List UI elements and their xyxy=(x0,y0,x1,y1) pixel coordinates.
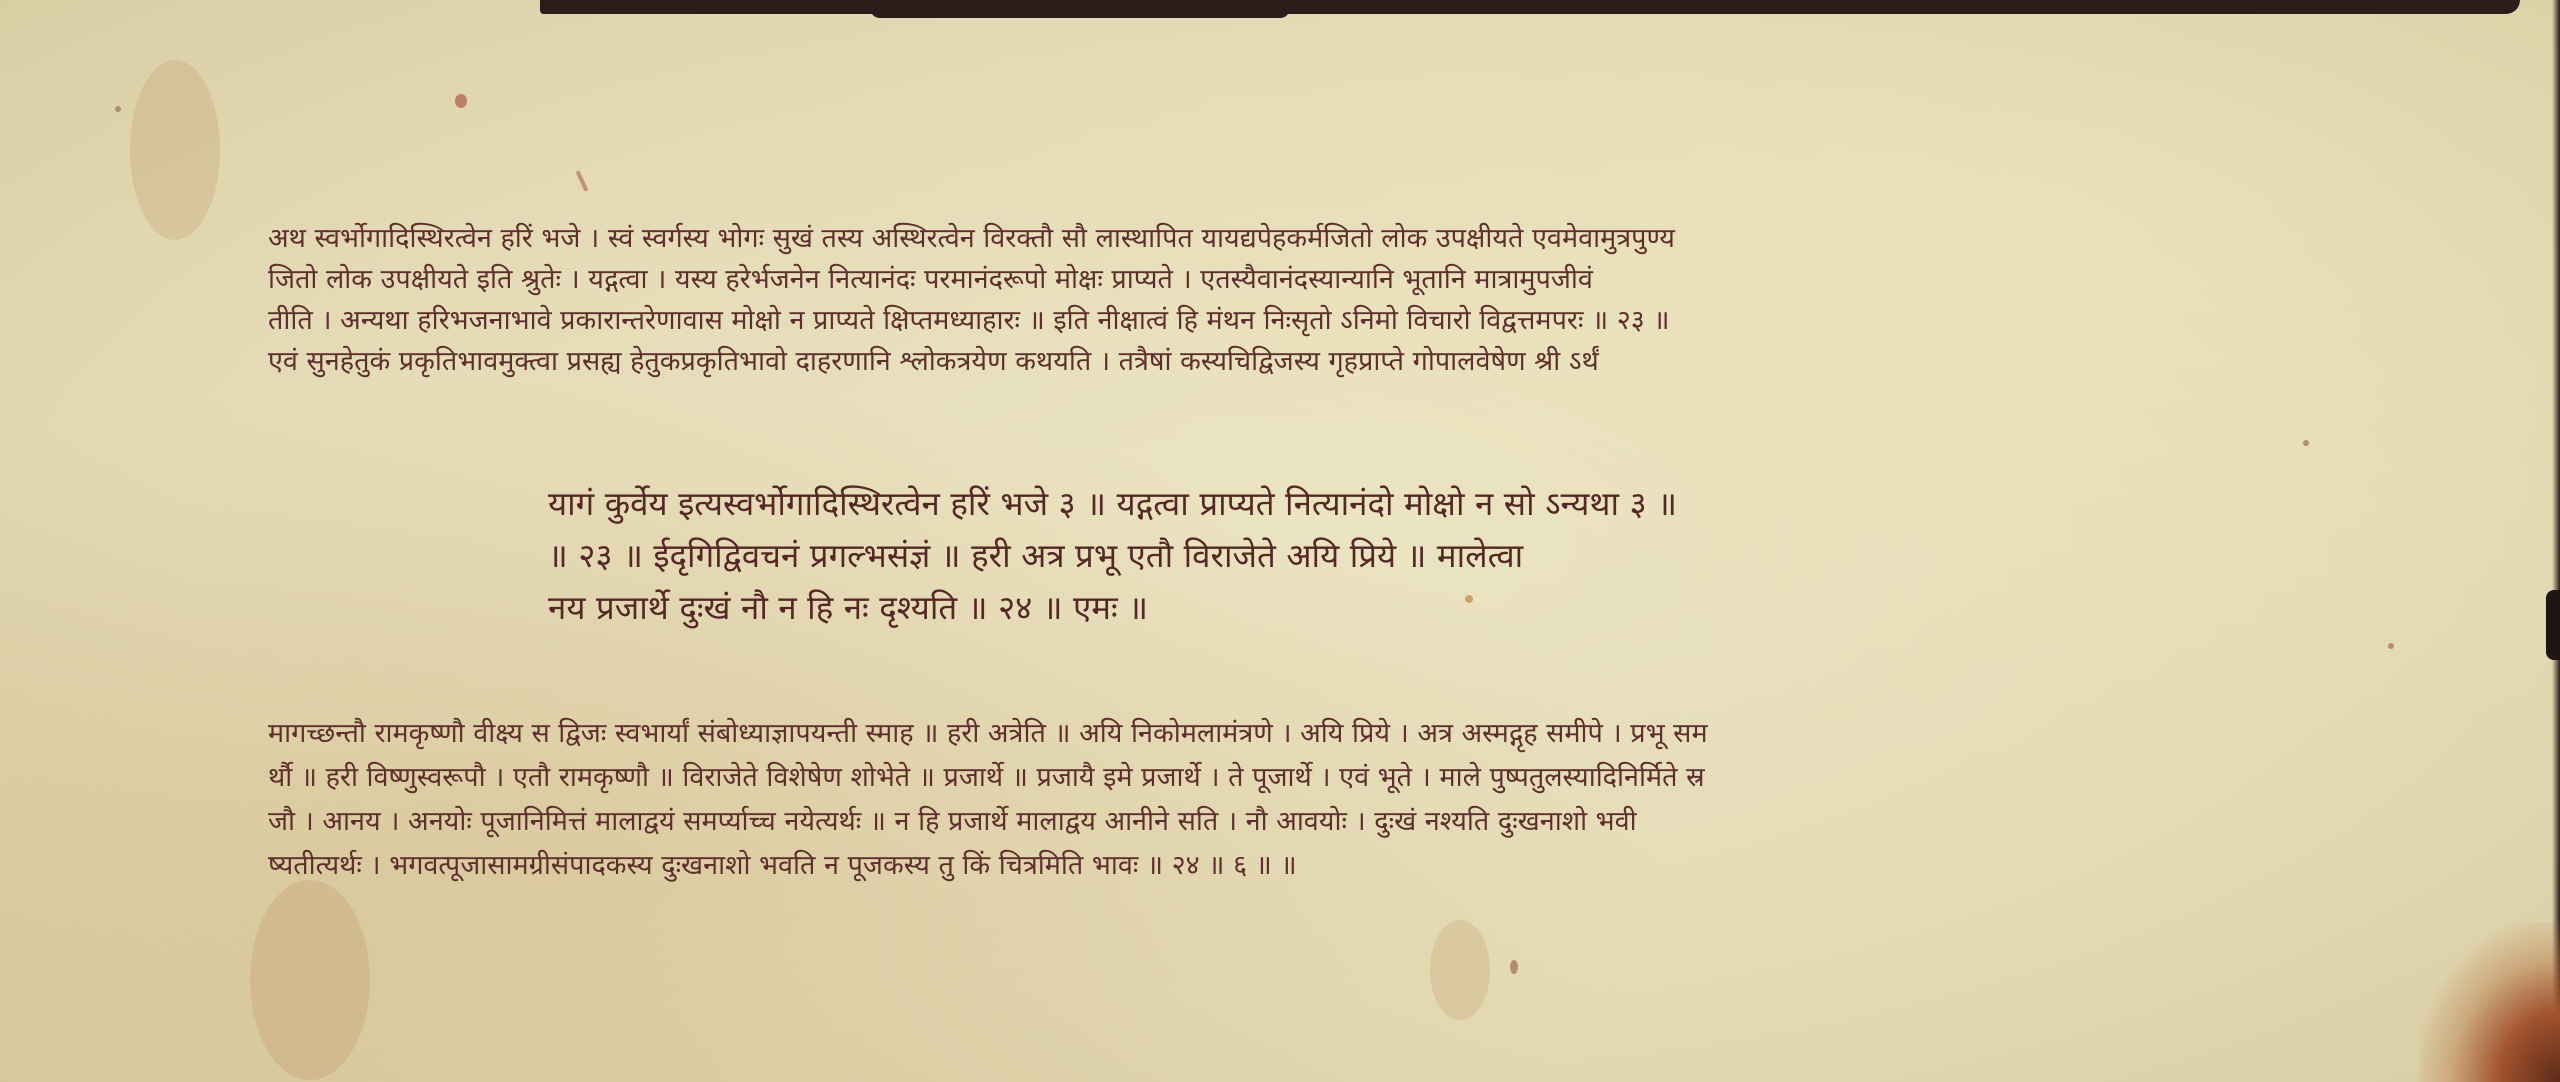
paper-speck xyxy=(1510,960,1518,974)
commentary-line: ष्यतीत्यर्थः । भगवत्पूजासामग्रीसंपादकस्य… xyxy=(268,844,2308,888)
paper-speck xyxy=(576,170,589,192)
paper-speck xyxy=(2303,440,2309,446)
page-burn-stain xyxy=(2420,922,2560,1082)
paper-speck xyxy=(2388,643,2394,649)
page-right-tear xyxy=(2546,590,2560,660)
page-right-edge-shadow xyxy=(2552,0,2560,1082)
commentary-top: अथ स्वर्भोगादिस्थिरत्वेन हरिं भजे । स्वं… xyxy=(268,218,2308,382)
page-top-torn-edge xyxy=(540,0,2520,14)
paper-stain xyxy=(130,60,220,240)
commentary-line: एवं सुनहेतुकं प्रकृतिभावमुक्त्वा प्रसह्य… xyxy=(268,341,2308,382)
verse-line: ॥ २३ ॥ ईदृगिद्विवचनं प्रगल्भसंज्ञं ॥ हरी… xyxy=(548,530,2108,582)
paper-speck xyxy=(455,94,467,108)
verse-line: यागं कुर्वेय इत्यस्वर्भोगादिस्थिरत्वेन ह… xyxy=(548,478,2108,530)
paper-stain xyxy=(1430,920,1490,1020)
commentary-line: जौ । आनय । अनयोः पूजानिमित्तं मालाद्वयं … xyxy=(268,800,2308,844)
commentary-line: अथ स्वर्भोगादिस्थिरत्वेन हरिं भजे । स्वं… xyxy=(268,218,2308,259)
commentary-bottom: मागच्छन्तौ रामकृष्णौ वीक्ष्य स द्विजः स्… xyxy=(268,712,2308,888)
paper-stain xyxy=(250,880,370,1080)
verse-center: यागं कुर्वेय इत्यस्वर्भोगादिस्थिरत्वेन ह… xyxy=(548,478,2108,634)
commentary-line: र्थौ ॥ हरी विष्णुस्वरूपौ । एतौ रामकृष्णौ… xyxy=(268,756,2308,800)
commentary-line: जितो लोक उपक्षीयते इति श्रुतेः । यद्गत्व… xyxy=(268,259,2308,300)
paper-speck xyxy=(115,106,121,112)
commentary-line: मागच्छन्तौ रामकृष्णौ वीक्ष्य स द्विजः स्… xyxy=(268,712,2308,756)
manuscript-page: अथ स्वर्भोगादिस्थिरत्वेन हरिं भजे । स्वं… xyxy=(0,0,2560,1082)
verse-line: नय प्रजार्थे दुःखं नौ न हि नः दृश्यति ॥ … xyxy=(548,582,2108,634)
commentary-line: तीति । अन्यथा हरिभजनाभावे प्रकारान्तरेणा… xyxy=(268,300,2308,341)
